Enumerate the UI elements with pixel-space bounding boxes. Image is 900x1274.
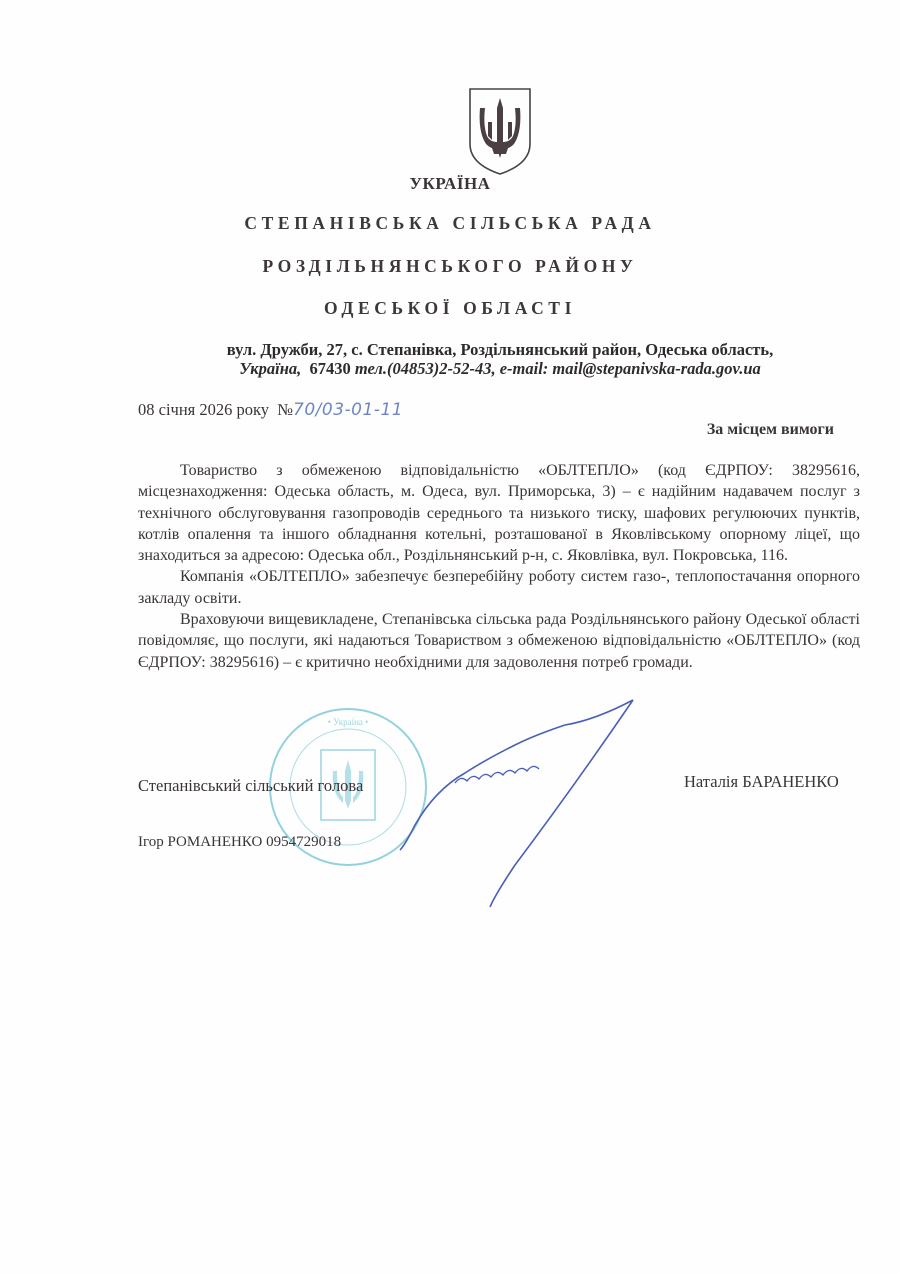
document-date: 08 січня 2026 року <box>138 400 269 419</box>
paragraph-1: Товариство з обмеженою відповідальністю … <box>138 460 860 566</box>
address-phone: тел.(04853)2-52-43, <box>355 359 496 378</box>
address-postcode: 67430 <box>310 359 351 378</box>
letter-body: Товариство з обмеженою відповідальністю … <box>138 460 860 673</box>
org-name-line-2: РОЗДІЛЬНЯНСЬКОГО РАЙОНУ <box>0 256 900 277</box>
address-email[interactable]: e-mail: mail@stepanivska-rada.gov.ua <box>500 359 761 378</box>
addressee: За місцем вимоги <box>707 421 834 439</box>
signatory-title: Степанівський сільський голова <box>138 776 363 796</box>
date-and-number: 08 січня 2026 року №70/03-01-11 <box>138 400 403 420</box>
executor-contact: Ігор РОМАНЕНКО 0954729018 <box>138 834 341 851</box>
svg-text:• Україна •: • Україна • <box>328 717 369 727</box>
ukraine-coat-of-arms-icon <box>466 86 534 176</box>
paragraph-3: Враховуючи вищевикладене, Степанівська с… <box>138 609 860 673</box>
signatory-name: Наталія БАРАНЕНКО <box>684 772 839 792</box>
address-country: Україна, <box>239 359 301 378</box>
address-line-2: Україна, 67430 тел.(04853)2-52-43, e-mai… <box>0 359 900 379</box>
address-line-1: вул. Дружби, 27, с. Степанівка, Роздільн… <box>0 340 900 360</box>
document-page: УКРАЇНА СТЕПАНІВСЬКА СІЛЬСЬКА РАДА РОЗДІ… <box>0 0 900 1274</box>
number-prefix: № <box>277 400 293 419</box>
org-name-line-3: ОДЕСЬКОЇ ОБЛАСТІ <box>0 298 900 319</box>
paragraph-2: Компанія «ОБЛТЕПЛО» забезпечує безперебі… <box>138 566 860 609</box>
org-name-line-1: СТЕПАНІВСЬКА СІЛЬСЬКА РАДА <box>0 213 900 234</box>
country-title: УКРАЇНА <box>0 174 900 194</box>
handwritten-signature-icon <box>395 695 655 915</box>
registration-number: 70/03-01-11 <box>293 400 403 420</box>
